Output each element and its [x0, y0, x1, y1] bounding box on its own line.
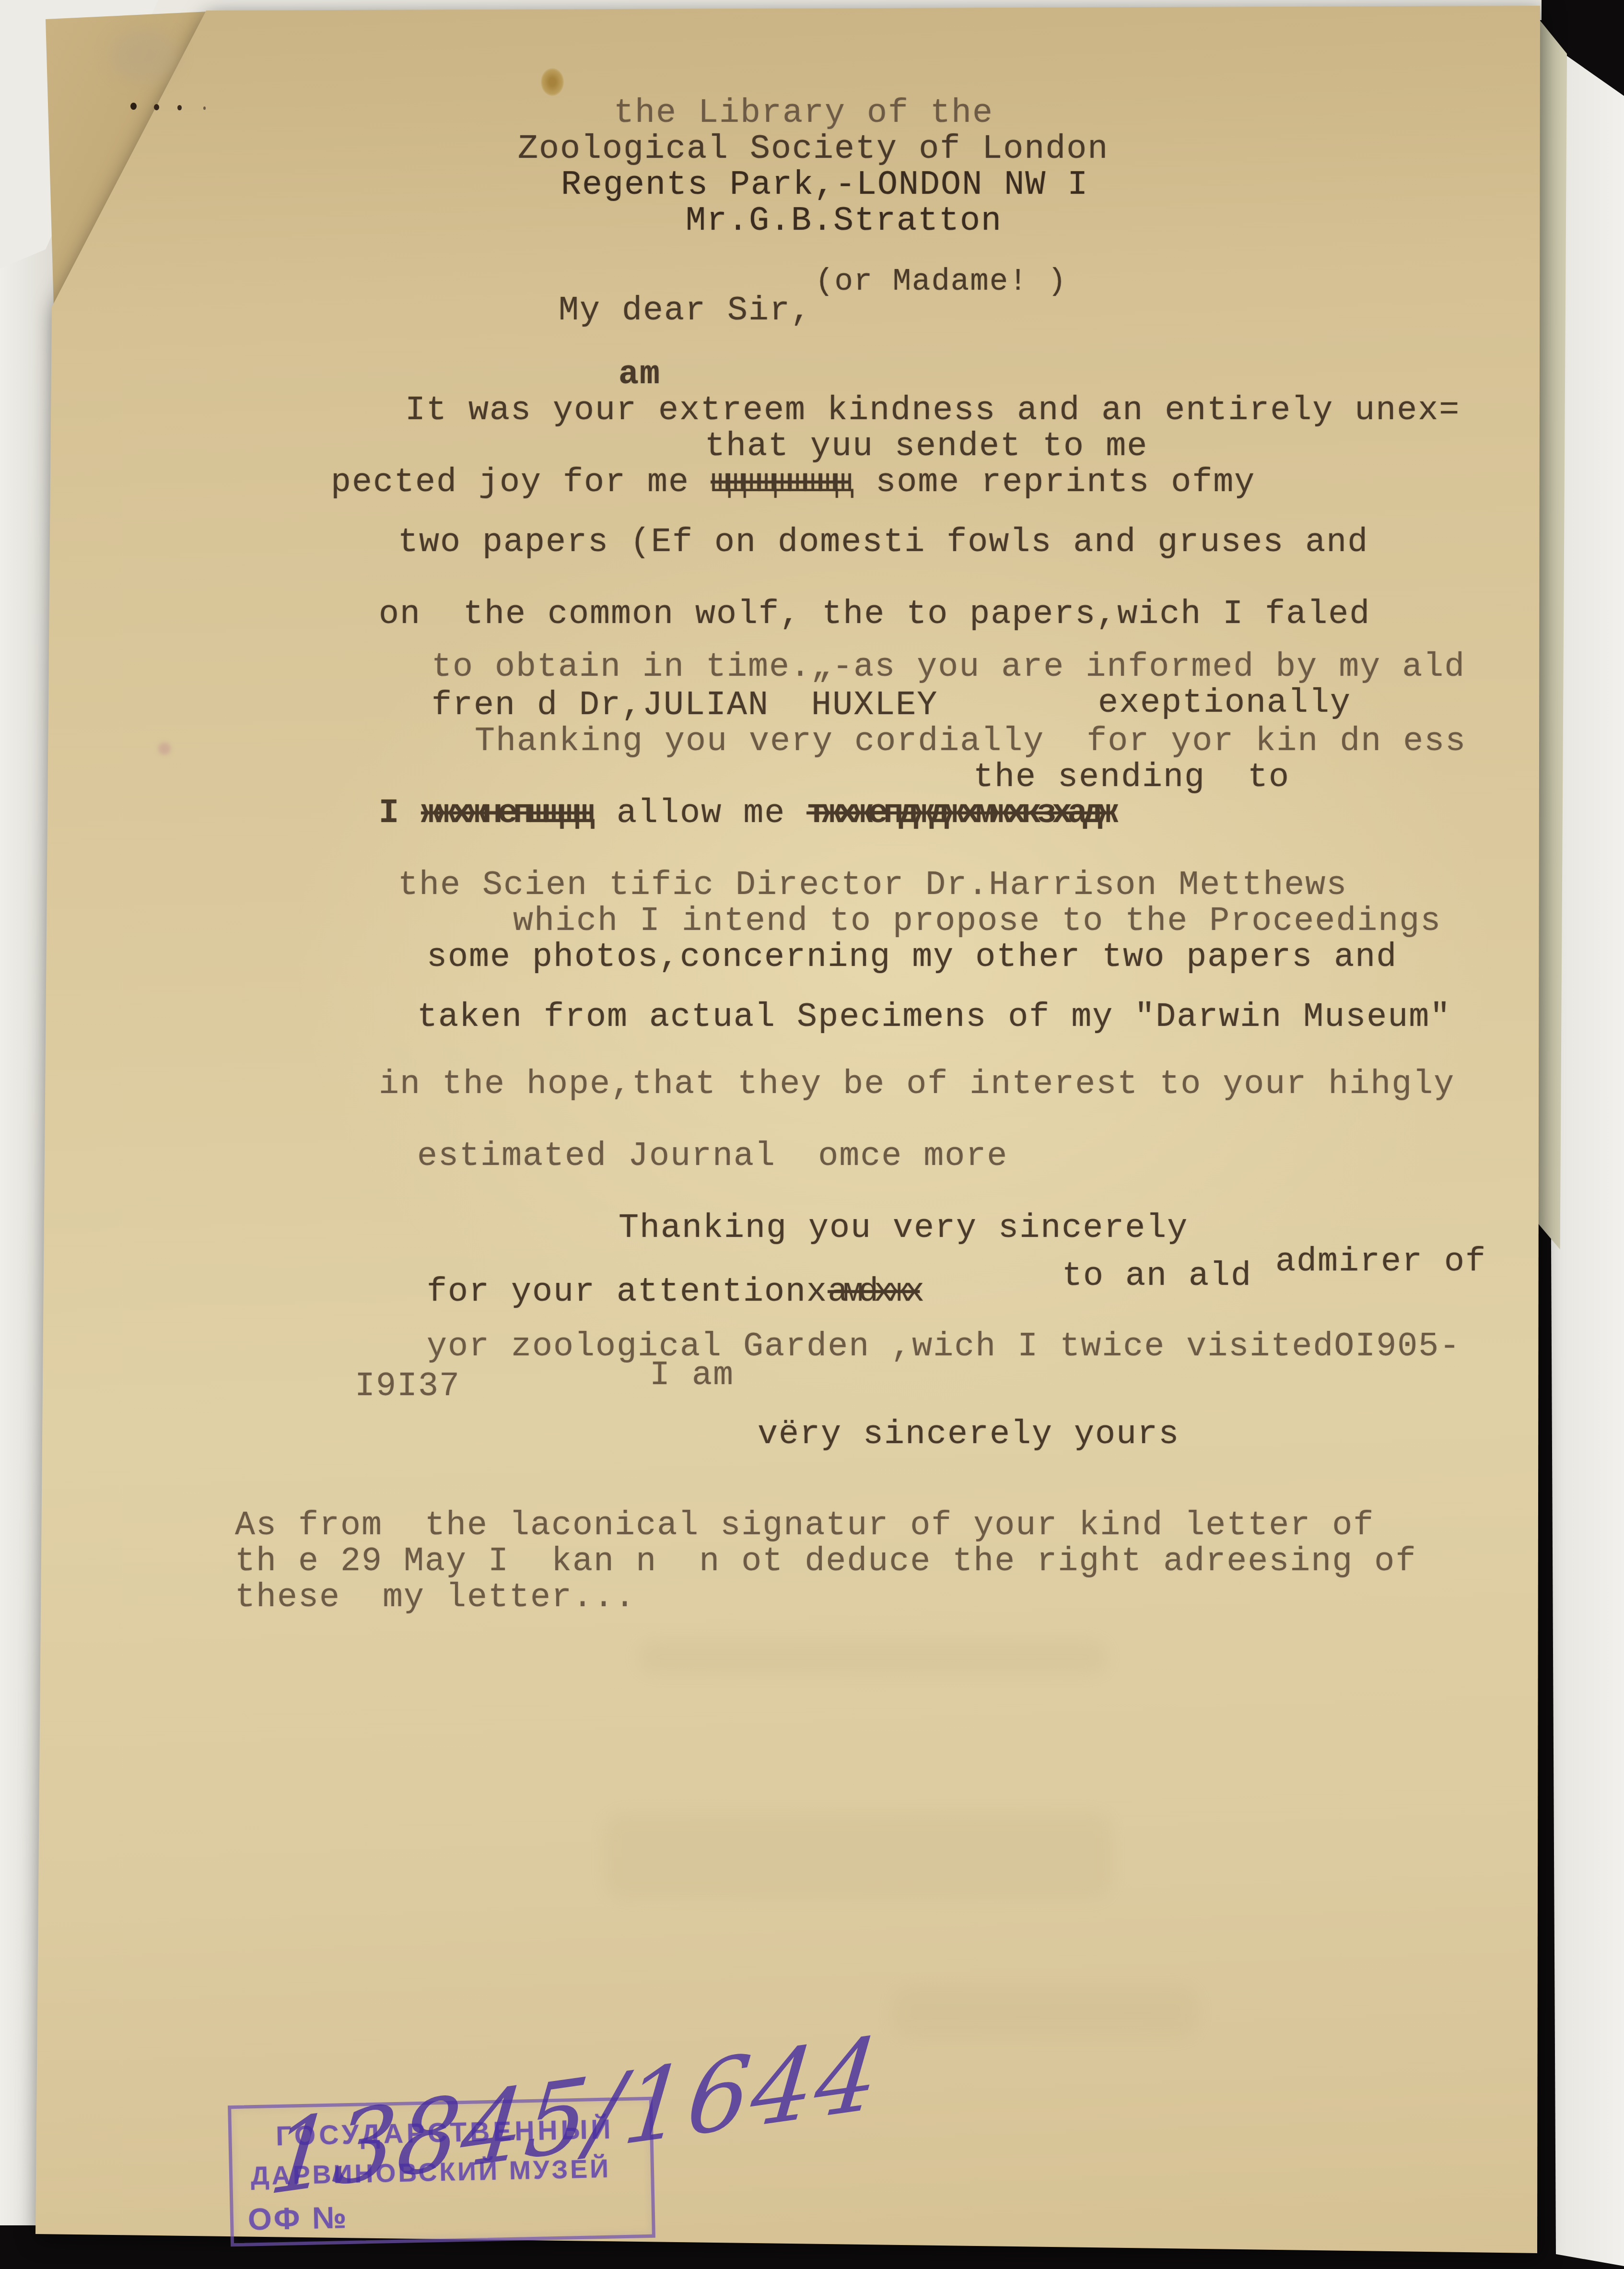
letter-paper-wrap	[0, 0, 1624, 2269]
verso-ghost-text	[892, 1986, 1199, 2038]
closing-insert-a: to an ald	[1062, 1259, 1252, 1294]
letter-paper	[0, 0, 1624, 2269]
closing-line-1: Thanking you very sincerely	[619, 1211, 1188, 1246]
body-line-2-post: some reprints ofmy	[854, 464, 1255, 502]
body-line-9-pre: I	[379, 795, 421, 833]
inserted-word-am: am	[619, 357, 661, 393]
verso-ghost-text	[638, 1640, 1108, 1674]
punch-holes	[130, 103, 137, 110]
body-line-4: on the common wolf, the to papers,wich I…	[379, 597, 1370, 633]
body-line-9-mid: allow me	[596, 795, 806, 833]
body-line-1-insert: that yuu sendet to me	[705, 429, 1148, 465]
body-line-6: fren d Dr,JULIAN HUXLEY	[432, 688, 938, 724]
body-line-12: some photos,concerning my other two pape…	[427, 940, 1397, 976]
letterhead-line-1: the Library of the	[614, 96, 993, 131]
body-line-2-struck: щщшщшшшщщ	[711, 464, 849, 502]
verso-ghost-text	[604, 1813, 1112, 1899]
body-line-7: Thanking you very cordially for yor kin …	[475, 724, 1466, 760]
closing-line-5: vëry sincerely yours	[758, 1417, 1180, 1453]
body-line-14: in the hope,that they be of interest to …	[379, 1067, 1455, 1103]
body-line-3: two papers (Ef on domesti fowls and grus…	[398, 525, 1368, 561]
paper-smudge	[110, 29, 177, 82]
body-line-6-right: exeptionally	[1098, 686, 1351, 721]
paper-speck	[158, 742, 171, 755]
postscript-line-1: As from the laconical signatur of your k…	[235, 1508, 1374, 1544]
paper-stain	[541, 68, 564, 96]
closing-i-am: I am	[650, 1358, 734, 1394]
salutation: My dear Sir,	[559, 294, 812, 329]
scanned-letter: the Library of the Zoological Society of…	[0, 0, 1624, 2269]
letterhead-line-4: Mr.G.B.Stratton	[686, 204, 1002, 239]
closing-line-3: yor zoological Garden ,wich I twice visi…	[427, 1329, 1460, 1365]
salutation-aside: (or Madame! )	[815, 266, 1067, 298]
body-line-15: estimated Journal omce more	[417, 1139, 1008, 1175]
body-line-9-struck-2: тжхжепджджхмжхкзхадж	[806, 795, 1113, 833]
letterhead-line-3: Regents Park,-LONDON NW I	[561, 168, 1088, 203]
closing-line-2-struck: амdхжх	[828, 1273, 920, 1311]
body-line-1: It was your extreem kindness and an enti…	[405, 393, 1460, 429]
letterhead-line-2: Zoological Society of London	[518, 132, 1109, 167]
body-line-5: to obtain in time.„-as you are informed …	[432, 650, 1465, 685]
body-line-2-pre: pected joy for me	[331, 464, 711, 502]
closing-insert-b: admirer of	[1275, 1245, 1486, 1280]
postscript-line-2: th e 29 May I kan n n ot deduce the righ…	[235, 1544, 1416, 1580]
body-line-8: the sending to	[973, 760, 1290, 796]
body-line-2: pected joy for me щщшщшшшщщ some reprint…	[331, 465, 1255, 501]
closing-year: I9I37	[355, 1369, 460, 1405]
closing-line-2-pre: for your attentionx	[427, 1273, 828, 1311]
body-line-11: which I intend to propose to the Proceed…	[513, 904, 1441, 940]
closing-line-2: for your attentionxамdхжх	[427, 1275, 925, 1310]
body-line-10: the Scien tific Director Dr.Harrison Met…	[398, 868, 1347, 904]
body-line-13: taken from actual Specimens of my "Darwi…	[417, 1000, 1451, 1035]
postscript-line-3: these my letter...	[235, 1580, 636, 1616]
body-line-9-struck-1: жжхжнепшщщщ	[421, 795, 590, 833]
body-line-9: I жжхжнепшщщщ allow me тжхжепджджхмжхкзх…	[379, 796, 1119, 832]
